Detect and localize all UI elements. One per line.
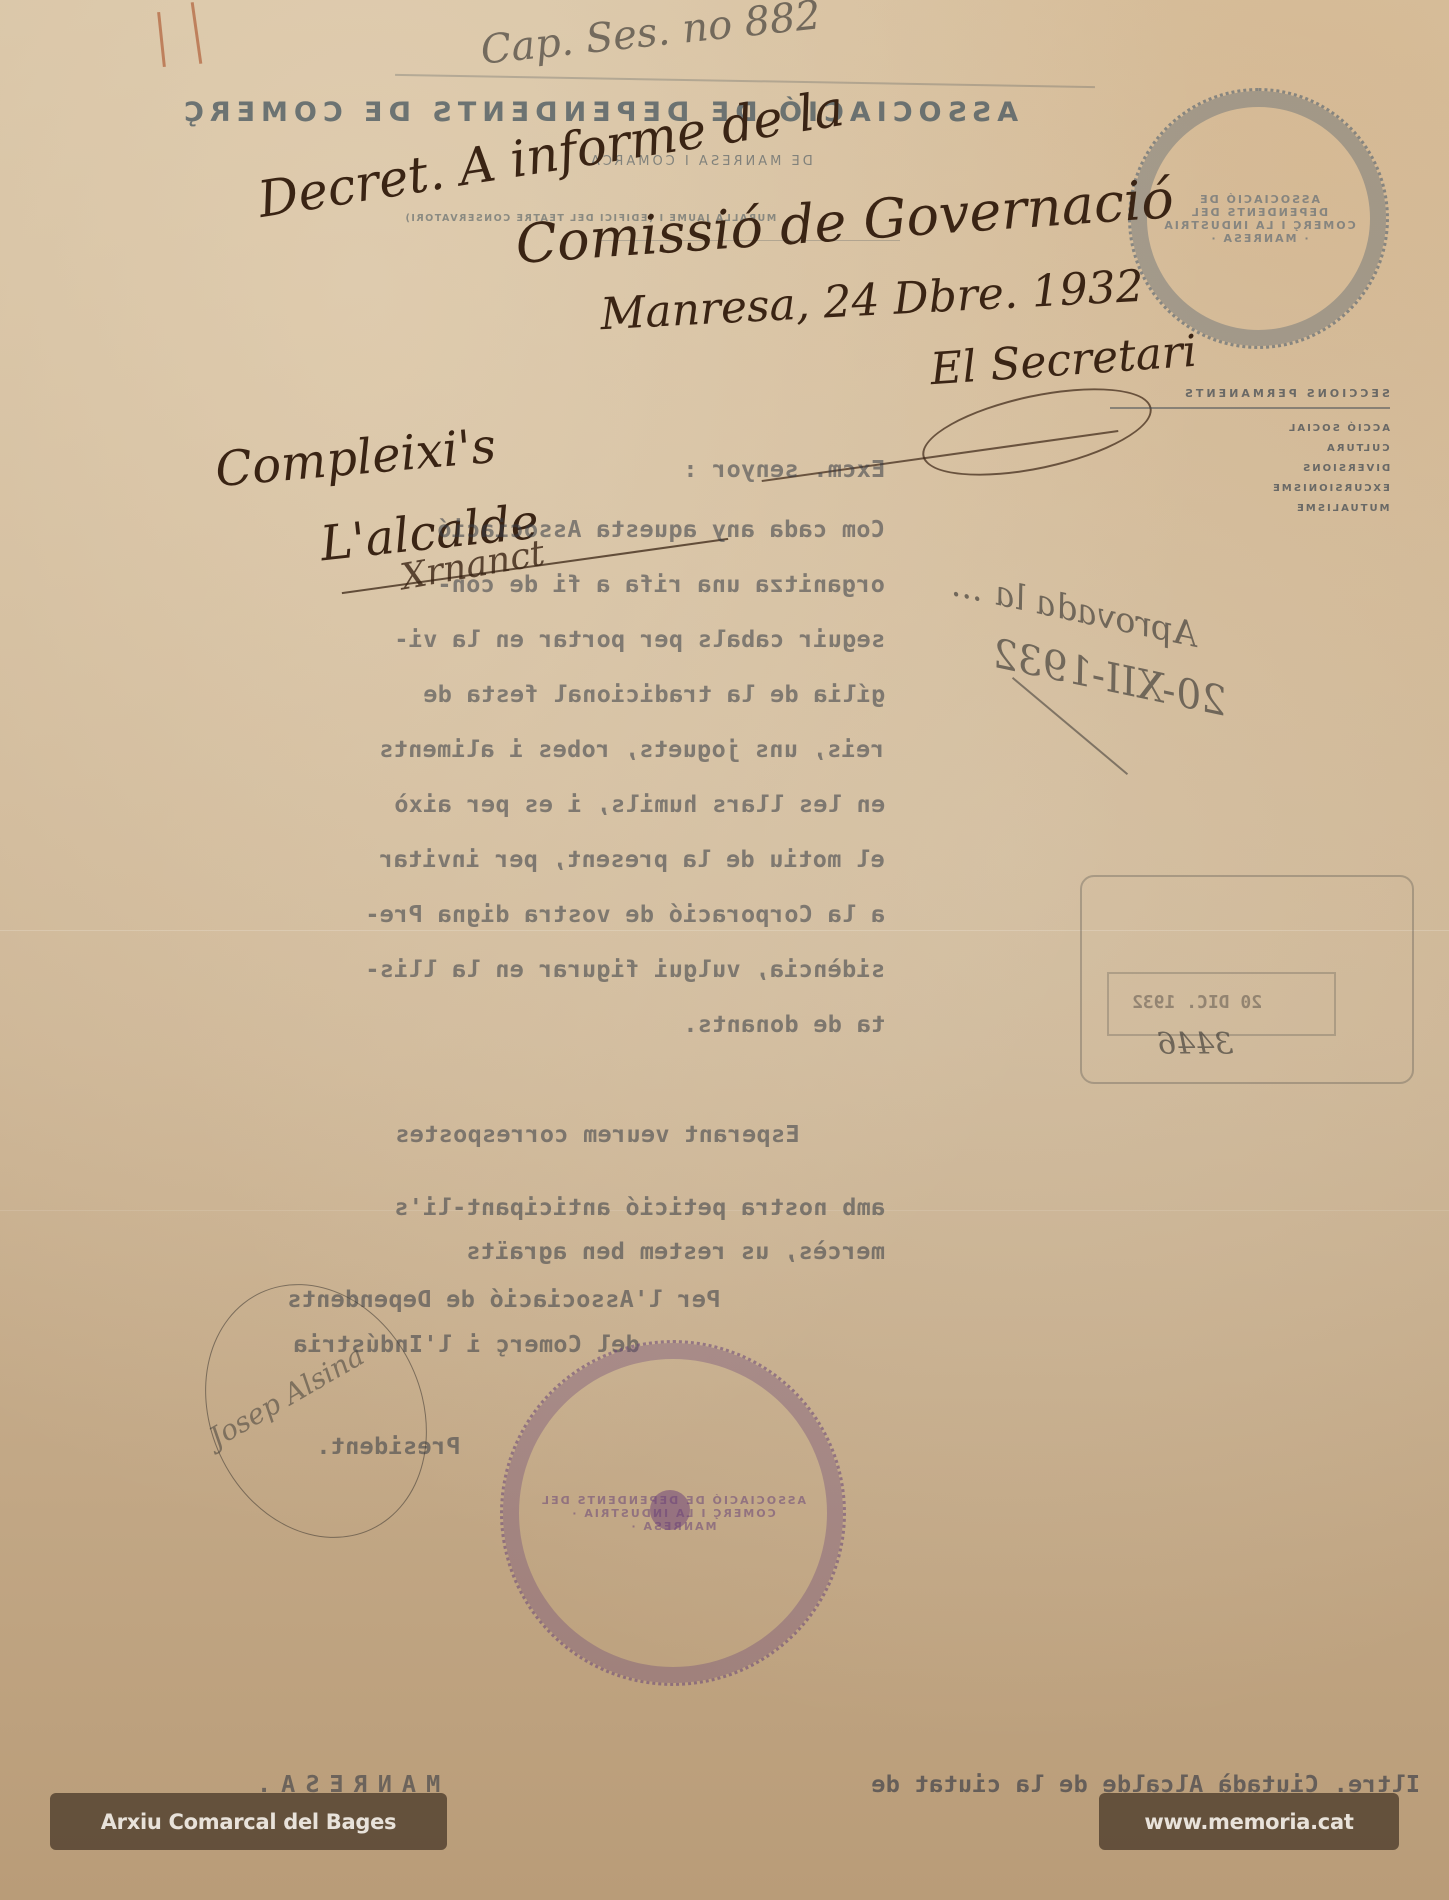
letter-salutation: Excm. senyor : bbox=[683, 455, 885, 483]
sections-panel: SECCIONS PERMANENTS ACCIÓ SOCIAL CULTURA… bbox=[1090, 382, 1390, 523]
section-item: ACCIÓ SOCIAL bbox=[1287, 423, 1390, 434]
section-item: EXCURSIONISME bbox=[1271, 483, 1390, 494]
letter-line: reis, uns joguets, robes i aliments bbox=[379, 735, 885, 763]
registry-date: 20 DIC. 1932 bbox=[1132, 992, 1262, 1013]
seal-center-mark bbox=[650, 1490, 690, 1530]
letter-line: sidència, vulgui figurar en la llis- bbox=[365, 955, 885, 983]
section-item: DIVERSIONS bbox=[1301, 463, 1390, 474]
top-pencil-note: Cap. Ses. no 882 bbox=[479, 0, 823, 74]
handwritten-decree-date: Manresa, 24 Dbre. 1932 bbox=[599, 261, 1145, 340]
margin-mark bbox=[191, 2, 203, 64]
margin-mark bbox=[157, 12, 166, 67]
letter-closing-line: mercès, us restem ben agraïts bbox=[466, 1237, 885, 1265]
letter-line: gília de la tradicional festa de bbox=[423, 680, 885, 708]
sections-heading: SECCIONS PERMANENTS bbox=[1182, 387, 1390, 400]
letter-closing-line: Esperant veurem correspostes bbox=[395, 1120, 800, 1148]
letter-line: el motiu de la present, per invitar bbox=[379, 845, 885, 873]
scanned-document: Cap. Ses. no 882 ASSOCIACIÓ DE DEPENDENT… bbox=[0, 0, 1449, 1900]
website-watermark: www.memoria.cat bbox=[1099, 1793, 1399, 1850]
section-item: MUTUALISME bbox=[1295, 503, 1390, 514]
archive-watermark: Arxiu Comarcal del Bages bbox=[50, 1793, 447, 1850]
registry-number: 3446 bbox=[1157, 1027, 1233, 1062]
letter-line: seguir cabals per portar en la vi- bbox=[394, 625, 885, 653]
handwritten-decree-line-2: Comissió de Governació bbox=[514, 167, 1176, 276]
letter-body: Com cada any aquesta Associació organitz… bbox=[180, 515, 885, 1065]
section-item: CULTURA bbox=[1325, 443, 1390, 454]
pencil-underline bbox=[395, 74, 1095, 88]
registry-stamp: 20 DIC. 1932 3446 bbox=[1080, 875, 1414, 1084]
letter-closing-line: amb nostra petició anticipant-li's bbox=[394, 1193, 885, 1221]
pencil-annotation-approved: Aprovada la ... bbox=[949, 564, 1202, 655]
letter-line: ta de donants. bbox=[683, 1010, 885, 1038]
letter-line: Com cada any aquesta Associació bbox=[437, 515, 885, 543]
letter-line: organitza una rifa a fi de con- bbox=[437, 570, 885, 598]
letter-line: a la Corporació de vostra digna Pre- bbox=[365, 900, 885, 928]
letter-line: en les llars humils, i es per això bbox=[394, 790, 885, 818]
